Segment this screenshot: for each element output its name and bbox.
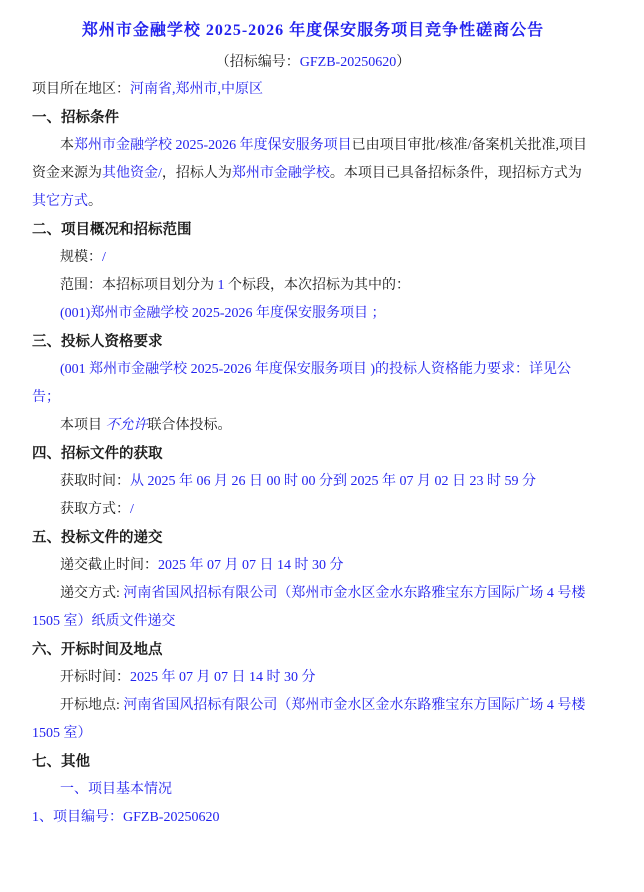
section-5-heading: 五、投标文件的递交 (32, 524, 594, 552)
document-title: 郑州市金融学校 2025-2026 年度保安服务项目竞争性磋商公告 (32, 18, 594, 44)
project-number-value: GFZB-20250620 (123, 810, 219, 825)
submission-deadline-label: 递交截止时间： (60, 558, 158, 573)
section-7-heading: 七、其他 (32, 748, 594, 776)
tender-number-prefix: （招标编号： (216, 55, 300, 70)
section-2-heading: 二、项目概况和招标范围 (32, 216, 594, 244)
tenderer-value: 郑州市金融学校 (232, 166, 330, 181)
bid-opening-place-label: 开标地点: (60, 698, 120, 713)
submission-method-line: 递交方式: 河南省国风招标有限公司（郑州市金水区金水东路雅宝东方国际广场 4 号… (32, 580, 594, 636)
tender-method-value: 其它方式 (32, 194, 88, 209)
project-basic-info-subheading: 一、项目基本情况 (32, 776, 594, 804)
joint-bid-line: 本项目 不允许联合体投标。 (32, 412, 594, 440)
tender-announcement-document: 郑州市金融学校 2025-2026 年度保安服务项目竞争性磋商公告 （招标编号：… (0, 0, 644, 832)
qualification-requirement-line: (001 郑州市金融学校 2025-2026 年度保安服务项目 )的投标人资格能… (32, 356, 594, 412)
tender-condition-text: 本 (60, 138, 74, 153)
tender-condition-text: 。本项目已具备招标条件，现招标方式为 (330, 166, 582, 181)
scale-label: 规模： (60, 250, 102, 265)
submission-deadline-value: 2025 年 07 月 07 日 14 时 30 分 (158, 558, 344, 573)
location-value: 河南省,郑州市,中原区 (130, 82, 263, 97)
fund-source-value: 其他资金/ (102, 166, 162, 181)
tender-condition-text: 。 (88, 194, 102, 209)
obtain-time-value: 从 2025 年 06 月 26 日 00 时 00 分到 2025 年 07 … (130, 474, 536, 489)
section-3-heading: 三、投标人资格要求 (32, 328, 594, 356)
location-label: 项目所在地区： (32, 82, 130, 97)
joint-bid-text: 联合体投标。 (148, 418, 232, 433)
submission-deadline-line: 递交截止时间：2025 年 07 月 07 日 14 时 30 分 (32, 552, 594, 580)
project-scale-line: 规模：/ (32, 244, 594, 272)
scope-label: 范围： (60, 278, 102, 293)
scope-text: 本招标项目划分为 (102, 278, 218, 293)
section-1-heading: 一、招标条件 (32, 104, 594, 132)
section-4-heading: 四、招标文件的获取 (32, 440, 594, 468)
joint-bid-not-allowed-value: 不允许 (106, 418, 148, 433)
project-name-value: 郑州市金融学校 2025-2026 年度保安服务项目 (74, 138, 352, 153)
submission-method-label: 递交方式: (60, 586, 120, 601)
bid-opening-time-label: 开标时间： (60, 670, 130, 685)
scale-value: / (102, 250, 106, 265)
tender-condition-text: ，招标人为 (162, 166, 232, 181)
lot-count-value: 1 (218, 278, 225, 293)
document-obtain-time-line: 获取时间：从 2025 年 06 月 26 日 00 时 00 分到 2025 … (32, 468, 594, 496)
project-number-line: 1、项目编号：GFZB-20250620 (32, 804, 594, 832)
project-number-label: 1、项目编号： (32, 810, 123, 825)
obtain-method-label: 获取方式： (60, 502, 130, 517)
tender-number: GFZB-20250620 (300, 55, 396, 70)
obtain-method-value: / (130, 502, 134, 517)
document-obtain-method-line: 获取方式：/ (32, 496, 594, 524)
joint-bid-text: 本项目 (60, 418, 106, 433)
bid-opening-time-line: 开标时间：2025 年 07 月 07 日 14 时 30 分 (32, 664, 594, 692)
project-scope-line: 范围：本招标项目划分为 1 个标段，本次招标为其中的： (32, 272, 594, 300)
lot-name-line: (001)郑州市金融学校 2025-2026 年度保安服务项目 ； (32, 300, 594, 328)
bid-opening-place-line: 开标地点: 河南省国风招标有限公司（郑州市金水区金水东路雅宝东方国际广场 4 号… (32, 692, 594, 748)
project-location-line: 项目所在地区：河南省,郑州市,中原区 (32, 76, 594, 104)
section-1-paragraph: 本郑州市金融学校 2025-2026 年度保安服务项目已由项目审批/核准/备案机… (32, 132, 594, 216)
tender-number-suffix: ） (396, 55, 410, 70)
section-6-heading: 六、开标时间及地点 (32, 636, 594, 664)
scope-text: 个标段，本次招标为其中的： (225, 278, 411, 293)
tender-number-line: （招标编号：GFZB-20250620） (32, 50, 594, 76)
bid-opening-time-value: 2025 年 07 月 07 日 14 时 30 分 (130, 670, 316, 685)
obtain-time-label: 获取时间： (60, 474, 130, 489)
